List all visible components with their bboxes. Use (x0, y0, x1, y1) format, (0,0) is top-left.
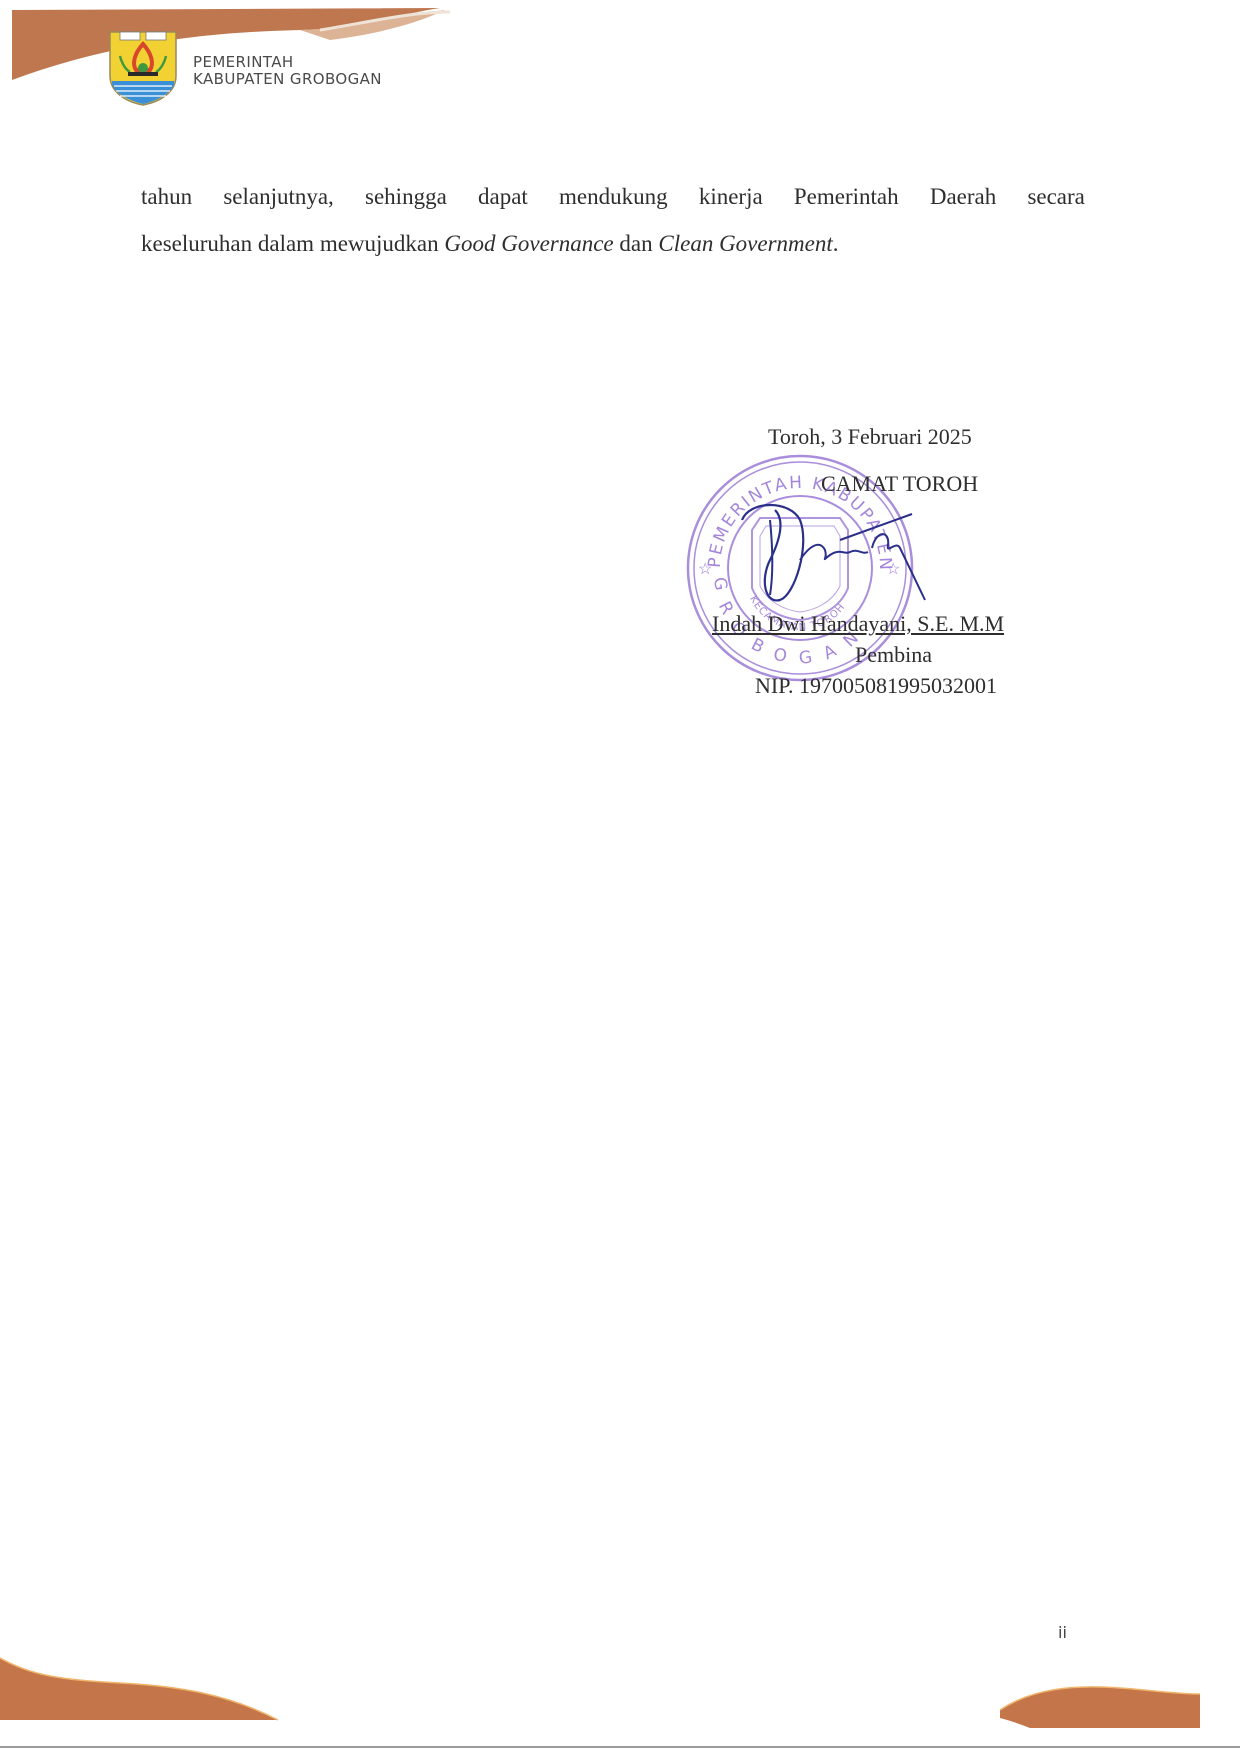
bottom-rule (0, 1746, 1240, 1748)
word: Daerah (930, 173, 996, 220)
signing-place-date: Toroh, 3 Februari 2025 (768, 424, 972, 450)
page-number: ii (1058, 1623, 1067, 1642)
word: mendukung (559, 173, 668, 220)
word: secara (1027, 173, 1084, 220)
word: Pemerintah (794, 173, 899, 220)
text-segment: dan (614, 231, 659, 256)
signer-position: CAMAT TOROH (821, 471, 978, 497)
text-segment: . (833, 231, 839, 256)
word: kinerja (699, 173, 763, 220)
grobogan-regency-crest-icon (106, 26, 180, 106)
signer-nip: NIP. 197005081995032001 (755, 673, 997, 699)
text-segment: keseluruhan dalam mewujudkan (141, 231, 444, 256)
word: selanjutnya, (223, 173, 334, 220)
footer-decorative-wave-right (1000, 1680, 1205, 1730)
org-name-line2: KABUPATEN GROBOGAN (193, 71, 382, 88)
word: sehingga (365, 173, 447, 220)
word: tahun (141, 173, 192, 220)
footer-decorative-wave-left (0, 1650, 290, 1725)
svg-text:☆: ☆ (698, 559, 712, 578)
paragraph-line-2: keseluruhan dalam mewujudkan Good Govern… (141, 220, 1085, 267)
italic-term-good-governance: Good Governance (444, 231, 613, 256)
paragraph-line-1: tahun selanjutnya, sehingga dapat menduk… (141, 173, 1085, 220)
signer-rank: Pembina (855, 642, 932, 668)
organization-name: PEMERINTAH KABUPATEN GROBOGAN (193, 54, 382, 88)
handwritten-signature (740, 500, 980, 610)
signer-name: Indah Dwi Handayani, S.E. M.M (712, 611, 1004, 637)
org-name-line1: PEMERINTAH (193, 54, 382, 71)
word: dapat (478, 173, 528, 220)
italic-term-clean-government: Clean Government (658, 231, 832, 256)
body-paragraph: tahun selanjutnya, sehingga dapat menduk… (141, 173, 1085, 267)
